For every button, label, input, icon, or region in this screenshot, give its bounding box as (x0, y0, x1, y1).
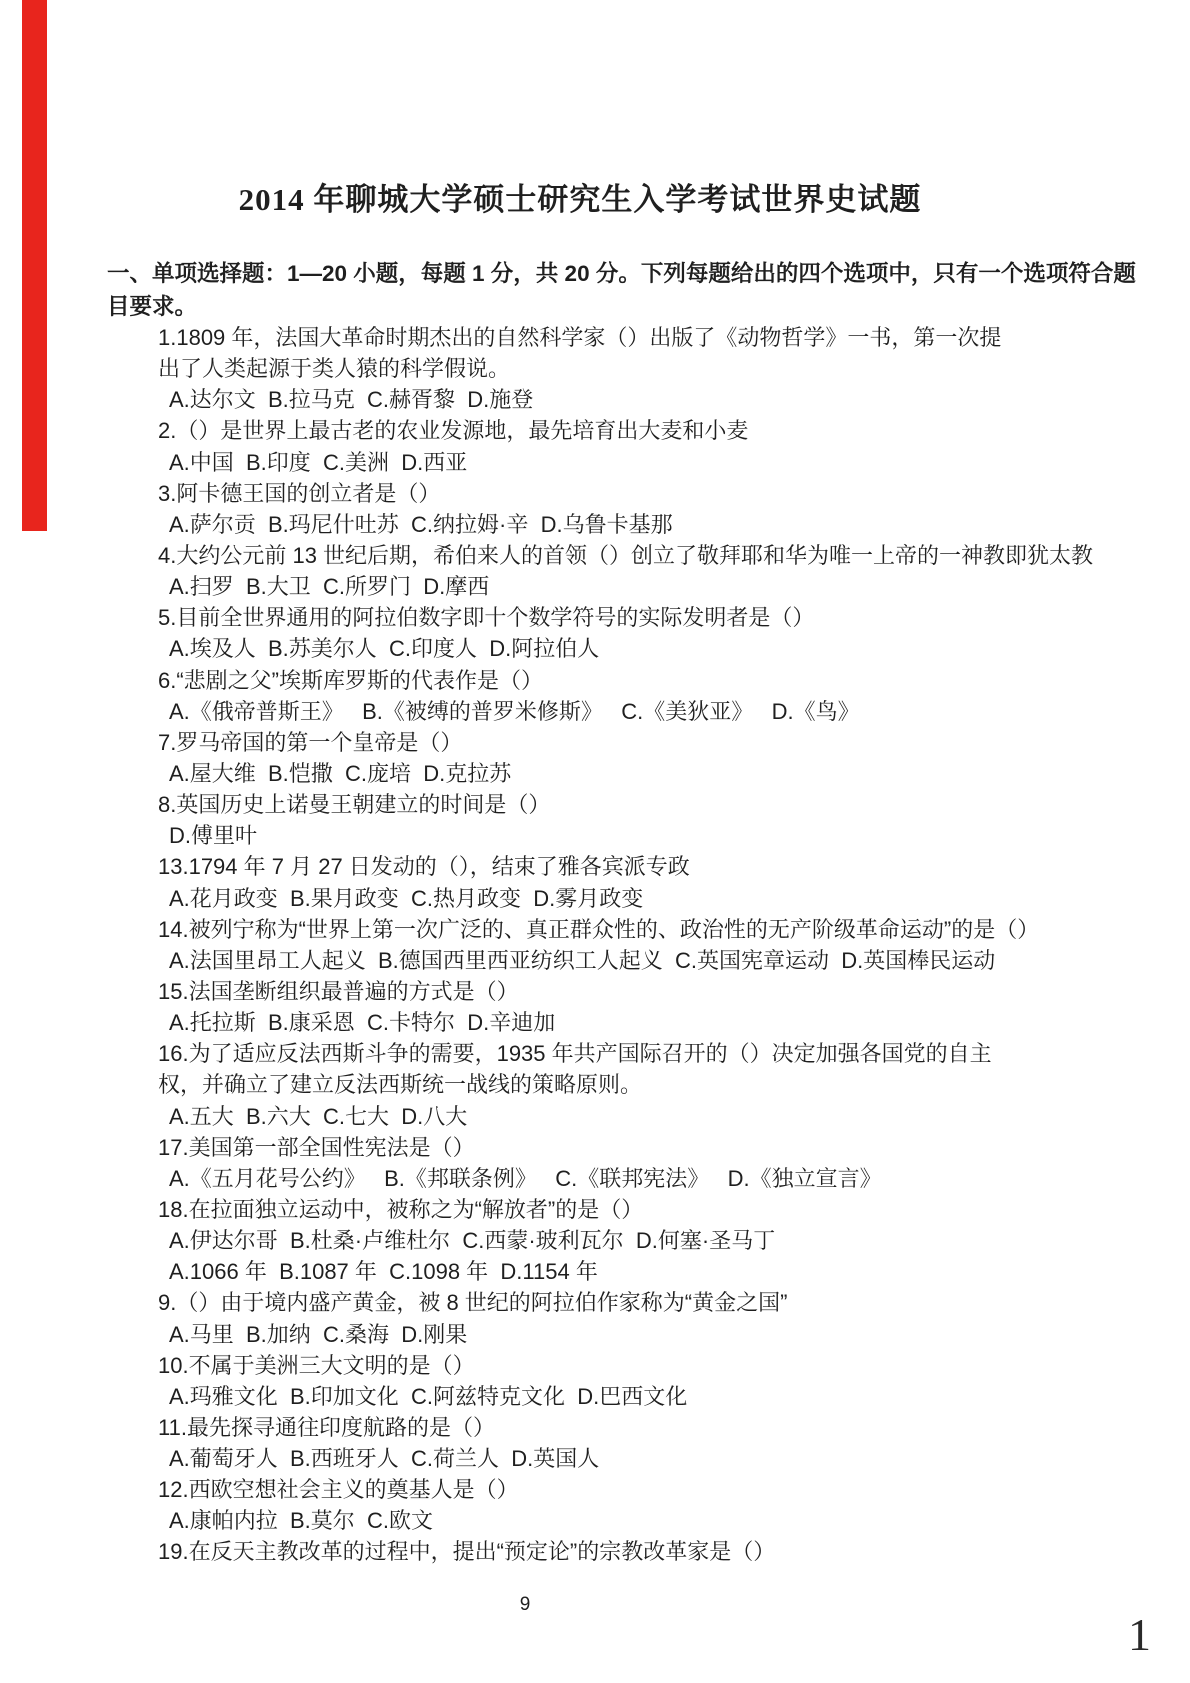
question-line: 16.为了适应反法西斯斗争的需要，1935 年共产国际召开的（）决定加强各国党的… (0, 1038, 1190, 1069)
question-line: 7.罗马帝国的第一个皇帝是（） (0, 727, 1190, 758)
option-line: A.《俄帝普斯王》 B.《被缚的普罗米修斯》 C.《美狄亚》 D.《鸟》 (0, 696, 1190, 727)
section-header-line-2: 目要求。 (107, 289, 197, 321)
exam-document-page: 2014 年聊城大学硕士研究生入学考试世界史试题 一、单项选择题：1—20 小题… (0, 0, 1190, 1683)
question-line: 3.阿卡德王国的创立者是（） (0, 478, 1190, 509)
option-line: A.马里 B.加纳 C.桑海 D.刚果 (0, 1319, 1190, 1350)
question-line: 11.最先探寻通往印度航路的是（） (0, 1412, 1190, 1443)
question-line: 17.美国第一部全国性宪法是（） (0, 1132, 1190, 1163)
document-title: 2014 年聊城大学硕士研究生入学考试世界史试题 (0, 174, 1160, 219)
question-line: 13.1794 年 7 月 27 日发动的（），结束了雅各宾派专政 (0, 851, 1190, 882)
option-line: A.托拉斯 B.康采恩 C.卡特尔 D.辛迪加 (0, 1007, 1190, 1038)
question-line: 18.在拉面独立运动中，被称之为“解放者”的是（） (0, 1194, 1190, 1225)
option-line: A.扫罗 B.大卫 C.所罗门 D.摩西 (0, 571, 1190, 602)
question-line: 15.法国垄断组织最普遍的方式是（） (0, 976, 1190, 1007)
question-line: 14.被列宁称为“世界上第一次广泛的、真正群众性的、政治性的无产阶级革命运动”的… (0, 914, 1190, 945)
option-line: A.法国里昂工人起义 B.德国西里西亚纺织工人起义 C.英国宪章运动 D.英国棒… (0, 945, 1190, 976)
question-line: 19.在反天主教改革的过程中，提出“预定论”的宗教改革家是（） (0, 1536, 1190, 1567)
option-line: A.伊达尔哥 B.杜桑·卢维杜尔 C.西蒙·玻利瓦尔 D.何塞·圣马丁 (0, 1225, 1190, 1256)
question-line: 12.西欧空想社会主义的奠基人是（） (0, 1474, 1190, 1505)
option-line: A.埃及人 B.苏美尔人 C.印度人 D.阿拉伯人 (0, 633, 1190, 664)
question-line: 8.英国历史上诺曼王朝建立的时间是（） (0, 789, 1190, 820)
section-header-line-1: 一、单项选择题：1—20 小题，每题 1 分，共 20 分。下列每题给出的四个选… (107, 256, 1136, 288)
question-line: 4.大约公元前 13 世纪后期，希伯来人的首领（）创立了敬拜耶和华为唯一上帝的一… (0, 540, 1190, 571)
body-lines: 1.1809 年，法国大革命时期杰出的自然科学家（）出版了《动物哲学》一书，第一… (0, 322, 1190, 1568)
option-line: A.五大 B.六大 C.七大 D.八大 (0, 1101, 1190, 1132)
question-line: 5.目前全世界通用的阿拉伯数字即十个数学符号的实际发明者是（） (0, 602, 1190, 633)
question-line: 2.（）是世界上最古老的农业发源地，最先培育出大麦和小麦 (0, 415, 1190, 446)
question-line: 10.不属于美洲三大文明的是（） (0, 1350, 1190, 1381)
question-line: 9.（）由于境内盛产黄金，被 8 世纪的阿拉伯作家称为“黄金之国” (0, 1287, 1190, 1318)
question-line: 权，并确立了建立反法西斯统一战线的策略原则。 (0, 1069, 1190, 1100)
option-line: A.康帕内拉 B.莫尔 C.欧文 (0, 1505, 1190, 1536)
option-line: A.中国 B.印度 C.美洲 D.西亚 (0, 447, 1190, 478)
option-line: A.《五月花号公约》 B.《邦联条例》 C.《联邦宪法》 D.《独立宣言》 (0, 1163, 1190, 1194)
option-line: A.玛雅文化 B.印加文化 C.阿兹特克文化 D.巴西文化 (0, 1381, 1190, 1412)
option-line: A.葡萄牙人 B.西班牙人 C.荷兰人 D.英国人 (0, 1443, 1190, 1474)
option-line: D.傅里叶 (0, 820, 1190, 851)
option-line: A.1066 年 B.1087 年 C.1098 年 D.1154 年 (0, 1256, 1190, 1287)
question-line: 6.“悲剧之父”埃斯库罗斯的代表作是（） (0, 665, 1190, 696)
option-line: A.达尔文 B.拉马克 C.赫胥黎 D.施登 (0, 384, 1190, 415)
footer-page-number: 9 (512, 1594, 538, 1616)
option-line: A.萨尔贡 B.玛尼什吐苏 C.纳拉姆·辛 D.乌鲁卡基那 (0, 509, 1190, 540)
option-line: A.屋大维 B.恺撒 C.庞培 D.克拉苏 (0, 758, 1190, 789)
corner-page-number: 1 (1128, 1608, 1151, 1661)
option-line: A.花月政变 B.果月政变 C.热月政变 D.雾月政变 (0, 883, 1190, 914)
question-line: 出了人类起源于类人猿的科学假说。 (0, 353, 1190, 384)
question-line: 1.1809 年，法国大革命时期杰出的自然科学家（）出版了《动物哲学》一书，第一… (0, 322, 1190, 353)
